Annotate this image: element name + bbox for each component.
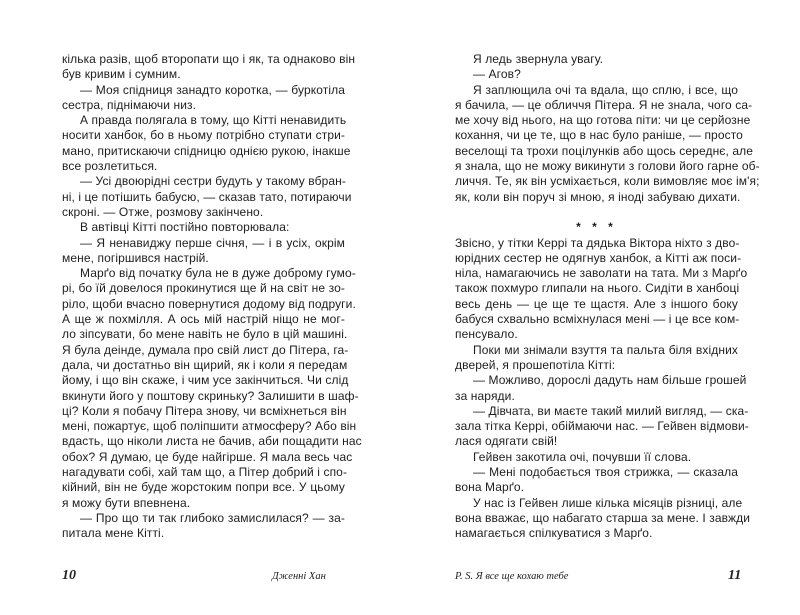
text-line: також похмуро глипали на нього. Сидіти в… [455,281,738,296]
text-line: рі, бо їй довелося прокинутися ще й на с… [62,281,345,296]
text-line: вона Марґо. [455,480,738,495]
text-line: — Дівчата, ви маєте такий милий вигляд, … [455,404,738,419]
text-line: — Агов? [455,67,738,82]
text-line: веселощі та трохи поцілунків або щось се… [455,144,738,159]
text-line: мано, притискаючи спідницю однією рукою,… [62,144,345,159]
text-line: вдасть, що ніколи листа не бачив, аби по… [62,434,345,449]
text-line: сестра, піднімаючи низ. [62,98,345,113]
text-line: ло зіпсувати, бо мене навіть не було в ц… [62,327,345,342]
text-line: лася одягати свій! [455,434,738,449]
text-line: кохання, чи це те, що в нас було раніше,… [455,128,738,143]
left-page-body: кілька разів, щоб второпати що і як, та … [62,52,345,542]
text-line: юрідних сестер не одягнув ханбок, а Кітт… [455,251,738,266]
text-line: Я заплющила очі та вдала, що сплю, і все… [455,83,738,98]
text-line: бабуся схвально всміхнулася мені — і це … [455,312,738,327]
text-line: дала, чи достатньо він щирий, як і коли … [62,358,345,373]
text-line: я бачила, — це обличчя Пітера. Я не знал… [455,98,738,113]
text-line: йому, і що він скаже, і чим усе закінчит… [62,373,345,388]
text-line: — Усі двоюрідні сестри будуть у такому в… [62,174,345,189]
text-line: — Мені подобається твоя стрижка, — сказа… [455,465,738,480]
text-line: Звісно, у тітки Керрі та дядька Віктора … [455,236,738,251]
section-break: * * * [455,220,738,235]
text-line: ніла, намагаючись не заволати на тата. М… [455,266,738,281]
left-page-number: 10 [62,568,76,584]
text-line: Я ледь звернула увагу. [455,52,738,67]
text-line: личчя. Те, як він усміхається, коли вимо… [455,174,738,189]
right-running-head: P. S. Я все ще кохаю тебе [455,571,568,582]
text-line: нагадувати собі, хай там що, а Пітер доб… [62,465,345,480]
text-line: У нас із Гейвен лише кілька місяців різн… [455,496,738,511]
text-line: за наряди. [455,389,738,404]
text-line: вкинути його у поштову скриньку? Залишит… [62,389,345,404]
text-line: я знала, що не можу викинути з голови йо… [455,159,738,174]
text-line: — Я ненавиджу перше січня, — і в усіх, о… [62,236,345,251]
text-line: дверей, я прошепотіла Кітті: [455,358,738,373]
text-line: кілька разів, щоб второпати що і як, та … [62,52,345,67]
text-line: — Про що ти так глибоко замислилася? — з… [62,511,345,526]
text-line: В автівці Кітті постійно повторювала: [62,220,345,235]
left-running-head: Дженні Хан [272,571,326,582]
text-line: весь день — це ще те щастя. Але з іншого… [455,297,738,312]
text-line: Я була деінде, думала про свій лист до П… [62,343,345,358]
text-line: питала мене Кітті. [62,526,345,541]
text-line: ці? Коли я побачу Пітера знову, чи всміх… [62,404,345,419]
text-line: кійний, він не буде жорстоким попри все.… [62,480,345,495]
text-line: Гейвен закотила очі, почувши її слова. [455,450,738,465]
text-line: був кривим і сумним. [62,67,345,82]
text-line: Марґо від початку була не в дуже доброму… [62,266,345,281]
text-line: як, коли він поруч зі мною, я іноді забу… [455,190,738,205]
text-line: намагається спілкуватися з Марґо. [455,526,738,541]
text-line: носити ханбок, бо в ньому потрібно ступа… [62,128,345,143]
text-line: ме хочу від нього, на що готова піти: чи… [455,113,738,128]
text-line: я можу бути впевнена. [62,496,345,511]
text-line: мене, погіршився настрій. [62,251,345,266]
text-line: все розлетиться. [62,159,345,174]
text-line: — Можливо, дорослі дадуть нам більше гро… [455,373,738,388]
text-line: скроні. — Отже, розмову закінчено. [62,205,345,220]
right-page-number: 11 [728,568,741,584]
text-line: вона вважає, що набагато старша за мене.… [455,511,738,526]
text-line: А правда полягала в тому, що Кітті ненав… [62,113,345,128]
text-line: А ще ж похмілля. А ось мій настрій ніщо … [62,312,345,327]
text-line: — Моя спідниця занадто коротка, — буркот… [62,83,345,98]
text-line: ріло, щоби вчасно повернутися додому від… [62,297,345,312]
text-line: ні, і це потішить бабусю, — сказав тато,… [62,190,345,205]
text-line: пенсувало. [455,327,738,342]
text-line: обох? Я думаю, це буде найгірше. Я мала … [62,450,345,465]
text-line [455,205,738,220]
text-line: мені, пожартує, щоб поліпшити атмосферу?… [62,419,345,434]
text-line: Поки ми знімали взуття та пальта біля вх… [455,343,738,358]
text-line: зала тітка Керрі, обіймаючи нас. — Гейве… [455,419,738,434]
right-page-body: Я ледь звернула увагу.— Агов?Я заплющила… [455,52,738,542]
